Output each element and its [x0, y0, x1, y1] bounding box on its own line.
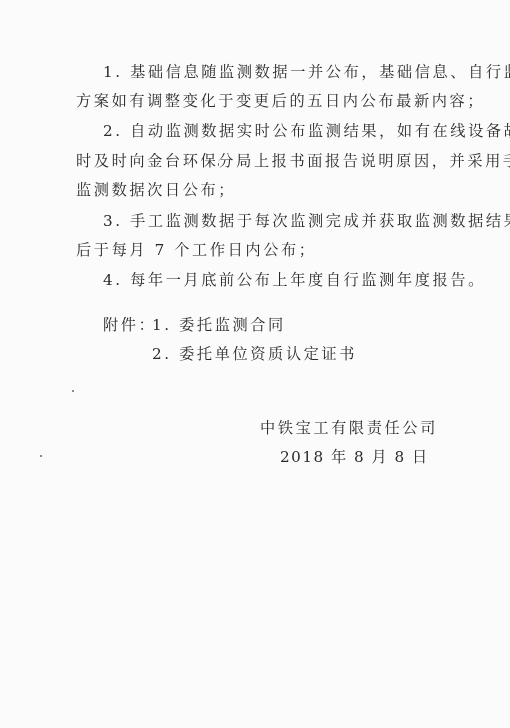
item-2-line-1: 2. 自动监测数据实时公布监测结果，如有在线设备故障 — [103, 121, 510, 141]
scan-speck — [72, 390, 74, 392]
item-1-line-2: 方案如有调整变化于变更后的五日内公布最新内容； — [76, 91, 485, 111]
item-3-line-2: 后于每月 7 个工作日内公布； — [76, 240, 317, 260]
signature-date: 2018 年 8 月 8 日 — [280, 447, 429, 467]
item-4-line-1: 4. 每年一月底前公布上年度自行监测年度报告。 — [103, 270, 486, 290]
document-page: 1. 基础信息随监测数据一并公布，基础信息、自行监测 方案如有调整变化于变更后的… — [0, 0, 510, 728]
attachment-1: 1. 委托监测合同 — [152, 315, 286, 335]
signature-company: 中铁宝工有限责任公司 — [260, 418, 438, 438]
attachment-2: 2. 委托单位资质认定证书 — [152, 344, 357, 364]
item-2-line-2: 时及时向金台环保分局上报书面报告说明原因，并采用手工 — [76, 151, 510, 171]
attachments-label: 附件： — [103, 315, 156, 335]
item-3-line-1: 3. 手工监测数据于每次监测完成并获取监测数据结果 — [103, 211, 510, 231]
item-1-line-1: 1. 基础信息随监测数据一并公布，基础信息、自行监测 — [103, 62, 510, 82]
item-2-line-3: 监测数据次日公布； — [76, 180, 236, 200]
scan-speck — [218, 163, 219, 166]
scan-speck — [40, 455, 42, 457]
